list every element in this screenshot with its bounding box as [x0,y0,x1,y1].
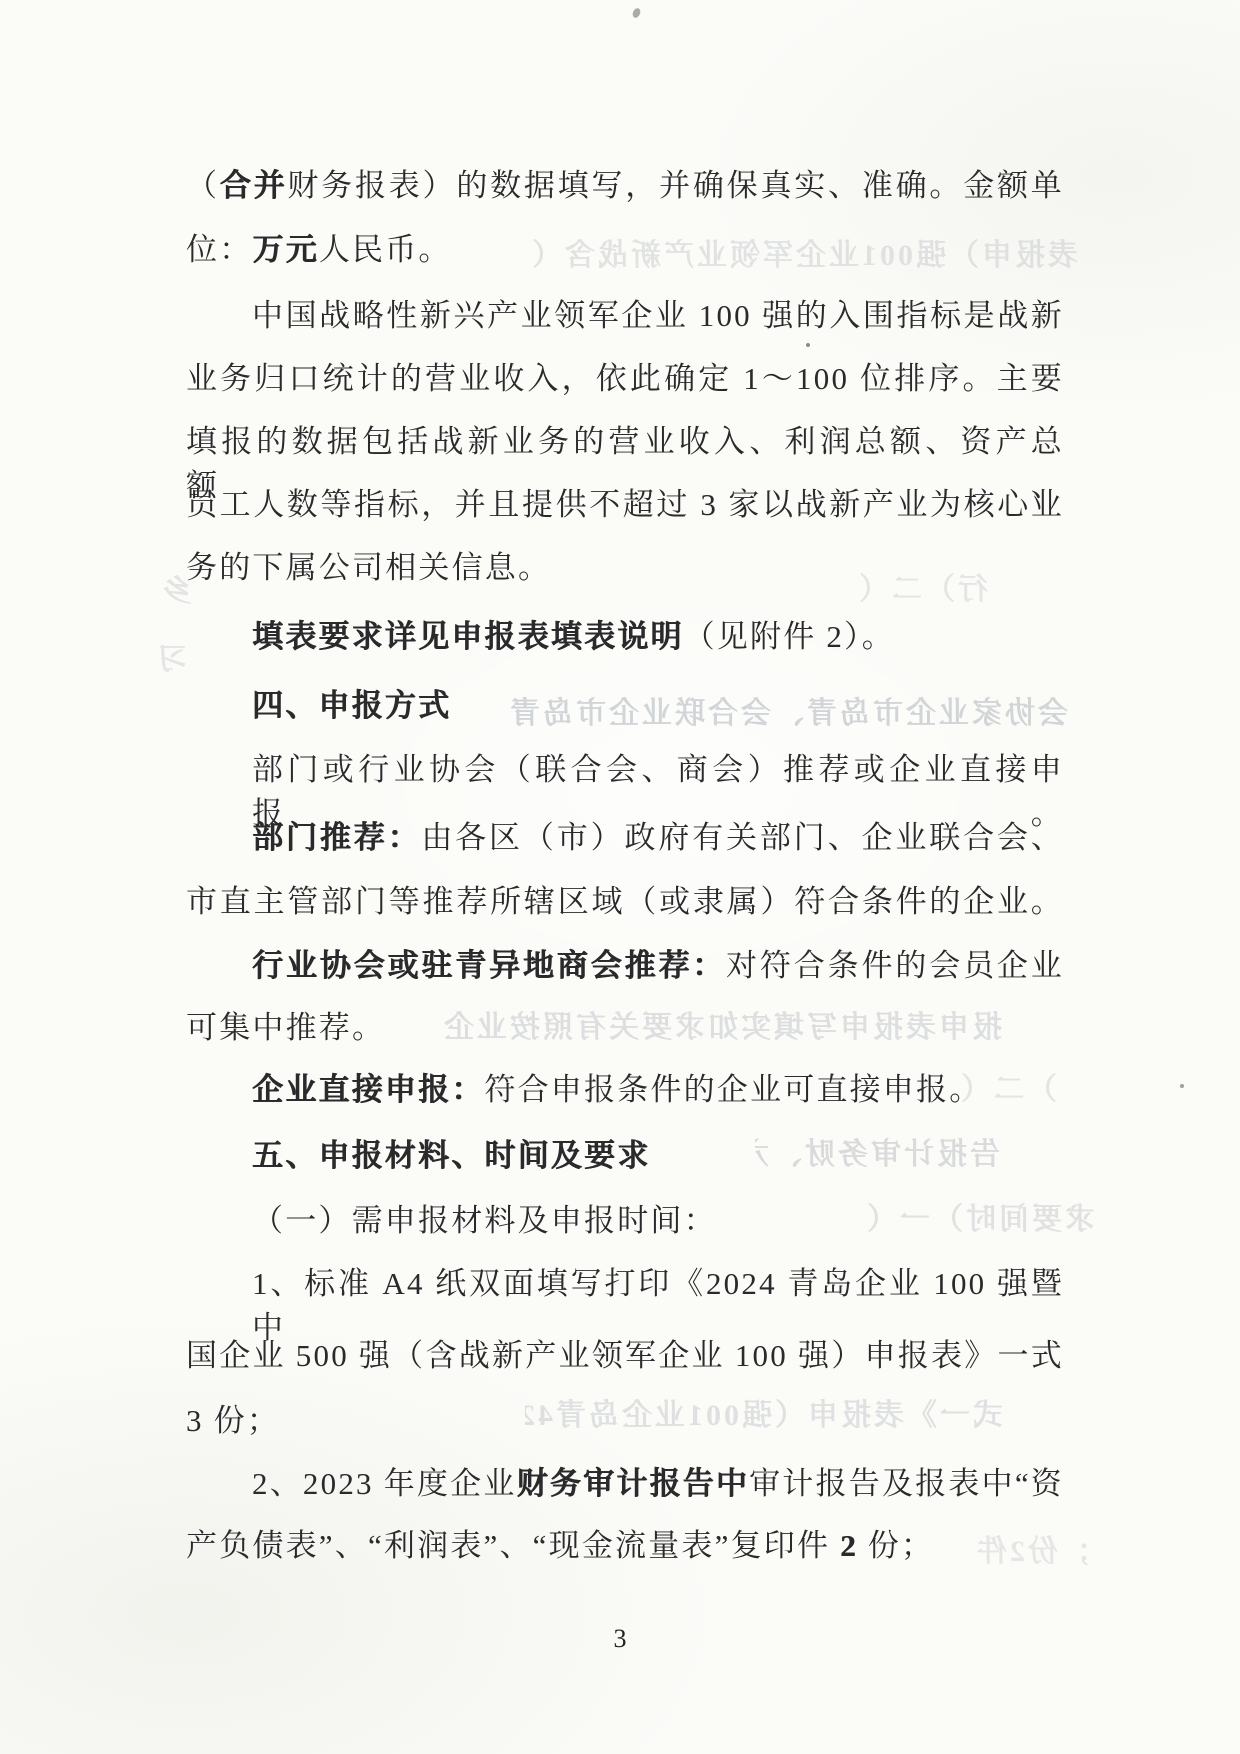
emphasis-text: 财务审计报告中 [517,1466,750,1501]
text-line: 市直主管部门等推荐所辖区域（或隶属）符合条件的企业。 [186,880,1064,926]
body-text: 业务归口统计的营业收入，依此确定 1～100 位排序。主要 [186,361,1064,396]
text-line: （一）需申报材料及申报时间： [186,1199,1064,1245]
text-line: 填表要求详见申报表填表说明（见附件 2）。 [186,615,1064,661]
body-text: 2、2023 年度企业 [252,1466,517,1501]
emphasis-text: 2 [840,1528,858,1563]
text-line: 务的下属公司相关信息。 [186,546,1064,592]
text-line: 部门推荐：由各区（市）政府有关部门、企业联合会、 [186,816,1064,862]
emphasis-text: 部门推荐： [252,820,421,855]
body-text: （见附件 2）。 [684,619,895,654]
emphasis-text: 行业协会或驻青异地商会推荐： [252,948,726,983]
scan-speck [806,343,810,347]
body-text: 人民币。 [319,232,452,267]
text-line: 可集中推荐。 [186,1006,1064,1052]
body-text: （ [186,168,220,203]
body-text: 位： [186,232,252,267]
text-line: 员工人数等指标，并且提供不超过 3 家以战新产业为核心业 [186,483,1064,529]
scan-speck [631,7,641,19]
bleedthrough-text: 习 [144,640,188,682]
text-line: 位：万元人民币。 [186,228,1064,274]
emphasis-text: 填表要求详见申报表填表说明 [252,619,684,654]
text-line: 中国战略性新兴产业领军企业 100 强的入围指标是战新 [186,294,1064,340]
body-text: 财务报表）的数据填写，并确保真实、准确。金额单 [287,168,1064,203]
body-text: 符合申报条件的企业可直接申报。 [484,1072,982,1107]
page-number: 3 [0,1624,1240,1654]
text-line: 企业直接申报：符合申报条件的企业可直接申报。 [186,1068,1064,1114]
body-text: 审计报告及报表中“资 [749,1466,1064,1501]
body-text: 可集中推荐。 [186,1010,385,1045]
text-line: 填报的数据包括战新业务的营业收入、利润总额、资产总额、 [186,420,1064,466]
emphasis-text: 万元 [252,232,318,267]
text-line: 业务归口统计的营业收入，依此确定 1～100 位排序。主要 [186,357,1064,403]
body-text: 务的下属公司相关信息。 [186,550,551,585]
text-line: （合并财务报表）的数据填写，并确保真实、准确。金额单 [186,164,1064,210]
text-line: 3 份； [186,1399,1064,1445]
text-line: 部门或行业协会（联合会、商会）推荐或企业直接申报。 [186,748,1064,794]
body-text: 3 份； [186,1403,280,1438]
body-text: 产负债表”、“利润表”、“现金流量表”复印件 [186,1528,840,1563]
section-heading: 四、申报方式 [186,684,1064,730]
body-text: 中国战略性新兴产业领军企业 100 强的入围指标是战新 [252,298,1064,333]
body-text: 市直主管部门等推荐所辖区域（或隶属）符合条件的企业。 [186,884,1064,919]
text-line: 国企业 500 强（含战新产业领军企业 100 强）申报表》一式 [186,1334,1064,1380]
emphasis-text: 四、申报方式 [252,688,451,723]
emphasis-text: 五、申报材料、时间及要求 [252,1138,650,1173]
emphasis-text: 合并 [220,168,288,203]
body-text: 份； [858,1528,934,1563]
section-heading: 五、申报材料、时间及要求 [186,1134,1064,1180]
text-line: 行业协会或驻青异地商会推荐：对符合条件的会员企业 [186,944,1064,990]
text-line: 2、2023 年度企业财务审计报告中审计报告及报表中“资 [186,1462,1064,1508]
emphasis-text: 企业直接申报： [252,1072,484,1107]
body-text: 员工人数等指标，并且提供不超过 3 家以战新产业为核心业 [186,487,1064,522]
body-text: （一）需申报材料及申报时间： [252,1203,717,1238]
text-line: 1、标准 A4 纸双面填写打印《2024 青岛企业 100 强暨中 [186,1262,1064,1308]
scan-speck [1180,1084,1184,1088]
body-text: 对符合条件的会员企业 [726,948,1064,983]
body-text: 由各区（市）政府有关部门、企业联合会、 [421,820,1064,855]
document-page: 表报申）强001业企军领业产新战含（行）二（乡习会协家业企市岛青、会合联业企市岛… [0,0,1240,1754]
body-text: 国企业 500 强（含战新产业领军企业 100 强）申报表》一式 [186,1338,1064,1373]
text-line: 产负债表”、“利润表”、“现金流量表”复印件 2 份； [186,1524,1064,1570]
